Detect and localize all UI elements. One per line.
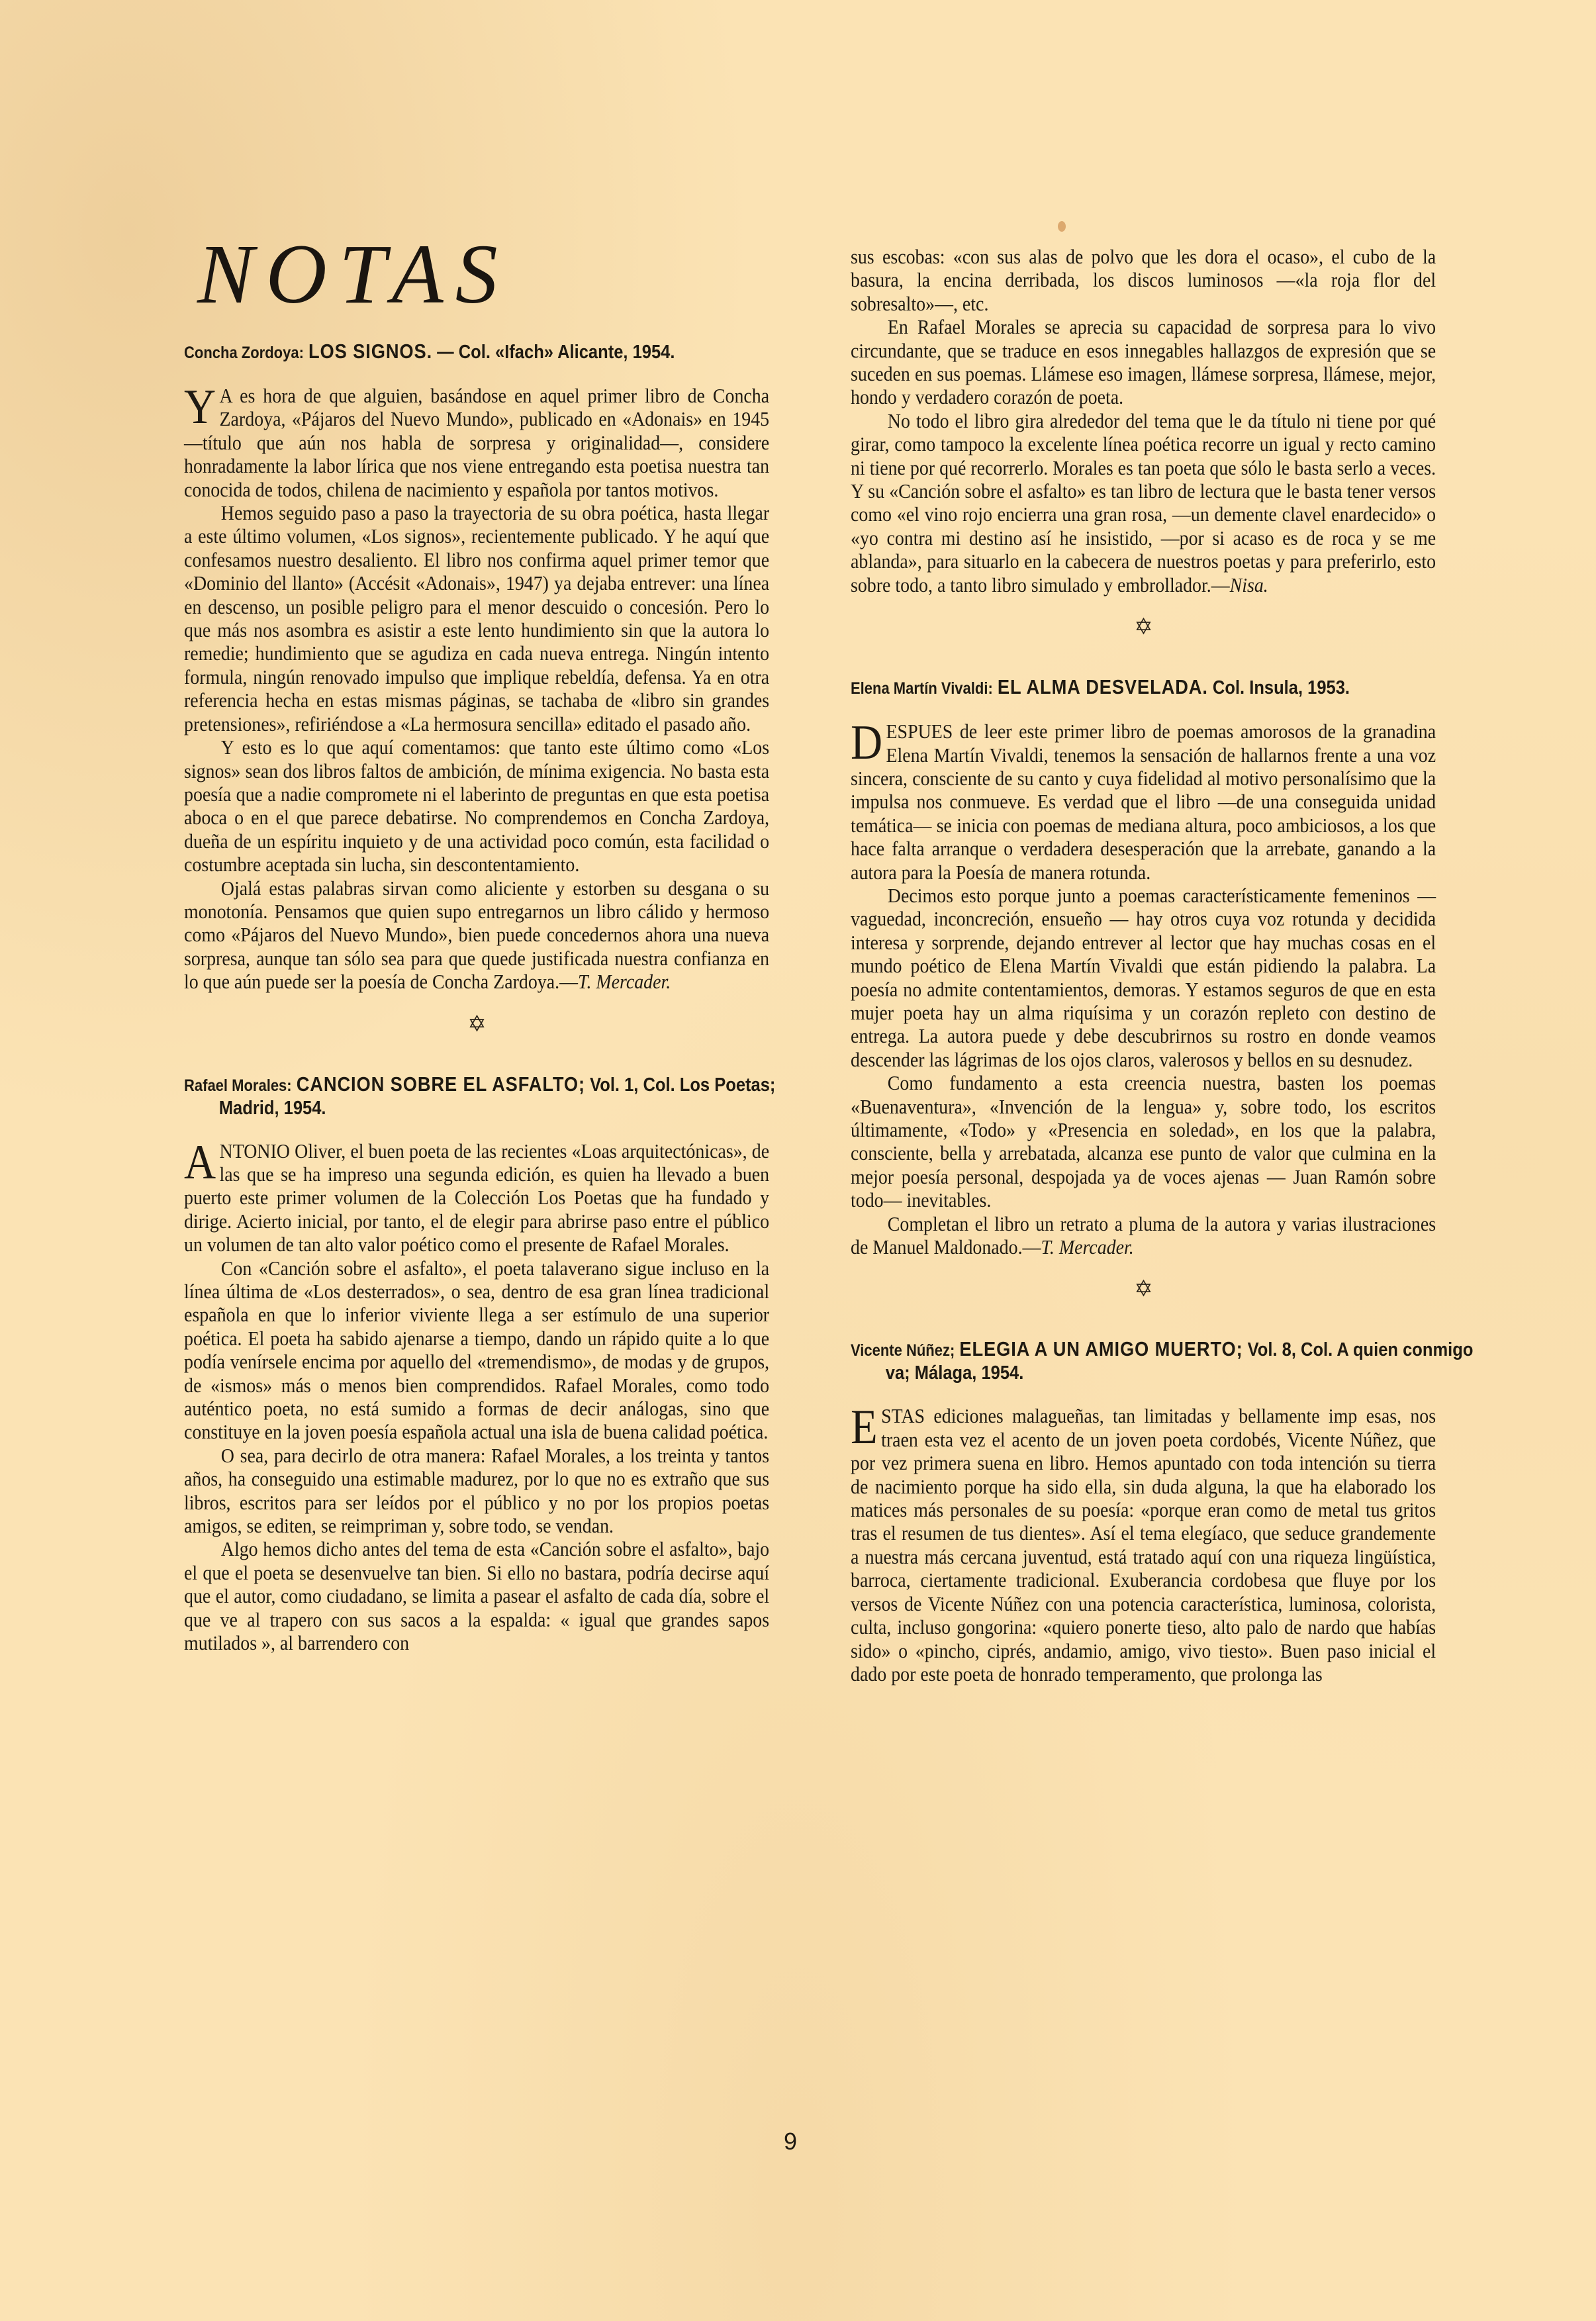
review-publication: — Col. «Ifach» Alicante, 1954.	[437, 342, 675, 363]
review-author: Concha Zordoya:	[184, 344, 304, 362]
drop-cap: Y	[184, 387, 216, 428]
paragraph: Ojalá estas palabras sirvan como alicien…	[184, 876, 769, 994]
review-heading: Rafael Morales: CANCION SOBRE EL ASFALTO…	[184, 1073, 807, 1119]
drop-cap: E	[851, 1407, 878, 1448]
signature: T. Mercader.	[578, 970, 671, 993]
star-ornament-icon: ✡	[184, 1011, 770, 1037]
left-column: NOTAS Concha Zordoya: LOS SIGNOS. — Col.…	[184, 232, 770, 1655]
paragraph: sus escobas: «con sus alas de polvo que …	[851, 245, 1436, 315]
star-ornament-icon: ✡	[851, 614, 1436, 640]
drop-cap: D	[851, 722, 882, 763]
review-author: Vicente Núñez;	[851, 1341, 955, 1360]
paragraph: Como fundamento a esta creencia nuestra,…	[851, 1071, 1436, 1211]
paragraph: Completan el libro un retrato a pluma de…	[851, 1212, 1436, 1259]
paragraph: Hemos seguido paso a paso la trayectoria…	[184, 501, 769, 735]
paragraph: Y esto es lo que aquí comentamos: que ta…	[184, 735, 769, 876]
star-ornament-icon: ✡	[851, 1276, 1436, 1302]
review-book-title: LOS SIGNOS.	[308, 340, 432, 363]
paragraph: ANTONIO Oliver, el buen poeta de las rec…	[184, 1139, 769, 1256]
paragraph: No todo el libro gira alrededor del tema…	[851, 409, 1436, 596]
paragraph: Decimos esto porque junto a poemas carac…	[851, 884, 1436, 1071]
paper-stain	[1058, 221, 1066, 232]
page-number: 9	[784, 2128, 797, 2155]
review-heading: Elena Martín Vivaldi: EL ALMA DESVELADA.…	[851, 676, 1474, 700]
review-body: ANTONIO Oliver, el buen poeta de las rec…	[184, 1139, 769, 1655]
review-book-title: CANCION SOBRE EL ASFALTO;	[297, 1072, 585, 1096]
paragraph: O sea, para decirlo de otra manera: Rafa…	[184, 1444, 769, 1538]
drop-cap: A	[184, 1142, 216, 1183]
review-book-title: ELEGIA A UN AMIGO MUERTO;	[959, 1337, 1243, 1360]
review-body: ESTAS ediciones malagueñas, tan limitada…	[851, 1404, 1436, 1685]
review-publication: Col. Insula, 1953.	[1213, 677, 1350, 698]
paragraph: Con «Canción sobre el asfalto», el poeta…	[184, 1256, 769, 1444]
review-heading: Vicente Núñez; ELEGIA A UN AMIGO MUERTO;…	[851, 1338, 1474, 1384]
right-column: sus escobas: «con sus alas de polvo que …	[851, 245, 1436, 1685]
signature: T. Mercader.	[1041, 1235, 1133, 1258]
signature: Nisa.	[1230, 573, 1268, 596]
review-body-continued: sus escobas: «con sus alas de polvo que …	[851, 245, 1436, 596]
review-author: Elena Martín Vivaldi:	[851, 679, 993, 698]
paragraph: Algo hemos dicho antes del tema de esta …	[184, 1537, 769, 1654]
review-heading: Concha Zordoya: LOS SIGNOS. — Col. «Ifac…	[184, 340, 807, 364]
paragraph: YA es hora de que alguien, basándose en …	[184, 384, 769, 501]
review-body: DESPUES de leer este primer libro de poe…	[851, 720, 1436, 1258]
review-book-title: EL ALMA DESVELADA.	[998, 675, 1208, 698]
section-title: NOTAS	[197, 232, 770, 316]
paragraph: DESPUES de leer este primer libro de poe…	[851, 720, 1436, 884]
review-body: YA es hora de que alguien, basándose en …	[184, 384, 769, 994]
review-author: Rafael Morales:	[184, 1076, 292, 1095]
paragraph: En Rafael Morales se aprecia su capacida…	[851, 315, 1436, 409]
paragraph: ESTAS ediciones malagueñas, tan limitada…	[851, 1404, 1436, 1685]
